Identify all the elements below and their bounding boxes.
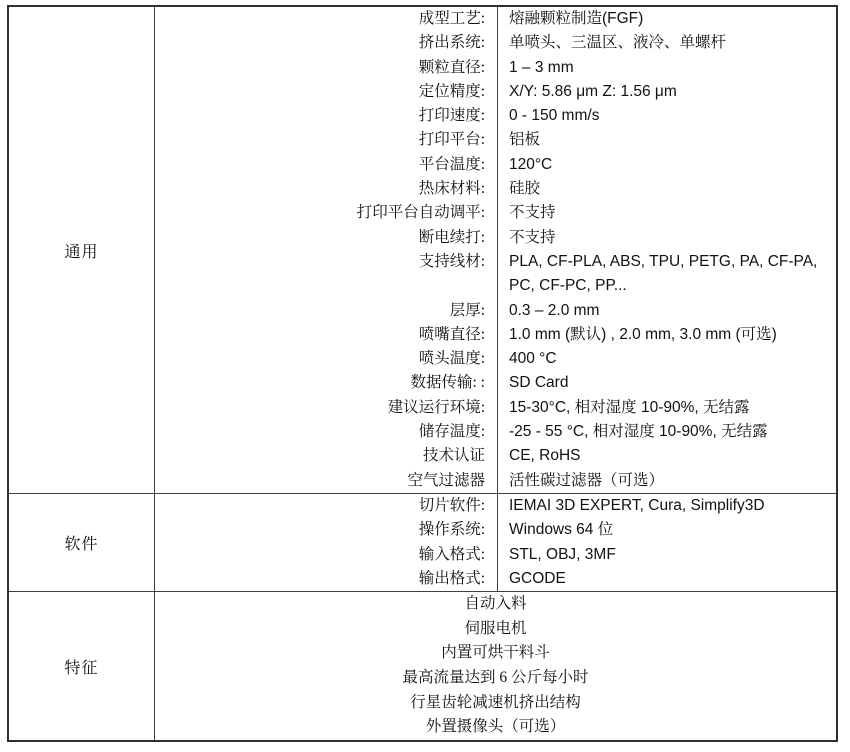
feature-drying-hopper: 内置可烘干料斗 [155,641,836,666]
general-rows: 成型工艺: 熔融颗粒制造(FGF) 挤出系统: 单喷头、三温区、液冷、单螺杆 颗… [155,7,836,493]
spec-label: 挤出系统: [155,31,498,55]
spec-label: 支持线材: [155,250,498,299]
spec-value: IEMAI 3D EXPERT, Cura, Simplify3D [498,494,836,518]
spec-row-extrusion-system: 挤出系统: 单喷头、三温区、液冷、单螺杆 [155,31,836,55]
spec-value: Windows 64 位 [498,518,836,542]
spec-value: 不支持 [498,226,836,250]
spec-label: 切片软件: [155,494,498,518]
spec-value: X/Y: 5.86 μm Z: 1.56 μm [498,80,836,104]
spec-label: 打印平台: [155,128,498,152]
spec-value: 活性碳过滤器（可选） [498,469,836,493]
spec-value: GCODE [498,567,836,591]
spec-label: 平台温度: [155,153,498,177]
spec-row-slicing-software: 切片软件: IEMAI 3D EXPERT, Cura, Simplify3D [155,494,836,518]
spec-label: 操作系统: [155,518,498,542]
spec-label: 输出格式: [155,567,498,591]
spec-label: 定位精度: [155,80,498,104]
spec-label: 空气过滤器 [155,469,498,493]
spec-value: 1 – 3 mm [498,56,836,80]
spec-label: 喷嘴直径: [155,323,498,347]
spec-value: STL, OBJ, 3MF [498,543,836,567]
feature-external-camera: 外置摄像头（可选） [155,715,836,740]
section-features: 特征 自动入料 伺服电机 内置可烘干料斗 最高流量达到 6 公斤每小时 行星齿轮… [9,592,836,740]
spec-label: 储存温度: [155,420,498,444]
spec-label: 层厚: [155,299,498,323]
spec-value: 1.0 mm (默认) , 2.0 mm, 3.0 mm (可选) [498,323,836,347]
spec-label: 技术认证 [155,444,498,468]
spec-value: 120°C [498,153,836,177]
spec-label: 打印速度: [155,104,498,128]
spec-value: 0 - 150 mm/s [498,104,836,128]
spec-row-power-loss-recovery: 断电续打: 不支持 [155,226,836,250]
spec-row-heatbed-material: 热床材料: 硅胶 [155,177,836,201]
spec-row-output-format: 输出格式: GCODE [155,567,836,591]
software-rows: 切片软件: IEMAI 3D EXPERT, Cura, Simplify3D … [155,494,836,591]
spec-row-auto-leveling: 打印平台自动调平: 不支持 [155,201,836,225]
spec-row-supported-filaments: 支持线材: PLA, CF-PLA, ABS, TPU, PETG, PA, C… [155,250,836,299]
feature-max-flow-rate: 最高流量达到 6 公斤每小时 [155,666,836,691]
spec-label: 建议运行环境: [155,396,498,420]
spec-value: 熔融颗粒制造(FGF) [498,7,836,31]
section-general: 通用 成型工艺: 熔融颗粒制造(FGF) 挤出系统: 单喷头、三温区、液冷、单螺… [9,7,836,494]
spec-row-data-transfer: 数据传输: : SD Card [155,371,836,395]
spec-label: 成型工艺: [155,7,498,31]
spec-value: 硅胶 [498,177,836,201]
spec-label: 数据传输: : [155,371,498,395]
spec-row-nozzle-diameter: 喷嘴直径: 1.0 mm (默认) , 2.0 mm, 3.0 mm (可选) [155,323,836,347]
spec-row-print-platform: 打印平台: 铝板 [155,128,836,152]
spec-value: 铝板 [498,128,836,152]
spec-row-air-filter: 空气过滤器 活性碳过滤器（可选） [155,469,836,493]
spec-row-certifications: 技术认证 CE, RoHS [155,444,836,468]
spec-row-pellet-diameter: 颗粒直径: 1 – 3 mm [155,56,836,80]
spec-row-layer-thickness: 层厚: 0.3 – 2.0 mm [155,299,836,323]
spec-label: 热床材料: [155,177,498,201]
spec-value: 400 °C [498,347,836,371]
spec-value: 15-30°C, 相对湿度 10-90%, 无结露 [498,396,836,420]
spec-row-input-format: 输入格式: STL, OBJ, 3MF [155,543,836,567]
spec-label: 断电续打: [155,226,498,250]
spec-value: -25 - 55 °C, 相对湿度 10-90%, 无结露 [498,420,836,444]
spec-label: 打印平台自动调平: [155,201,498,225]
spec-value: PLA, CF-PLA, ABS, TPU, PETG, PA, CF-PA, … [498,250,836,299]
spec-value: SD Card [498,371,836,395]
spec-row-print-speed: 打印速度: 0 - 150 mm/s [155,104,836,128]
spec-label: 输入格式: [155,543,498,567]
spec-label: 颗粒直径: [155,56,498,80]
features-cell: 自动入料 伺服电机 内置可烘干料斗 最高流量达到 6 公斤每小时 行星齿轮减速机… [155,592,836,740]
spec-row-operating-system: 操作系统: Windows 64 位 [155,518,836,542]
spec-value: 不支持 [498,201,836,225]
spec-row-storage-temperature: 储存温度: -25 - 55 °C, 相对湿度 10-90%, 无结露 [155,420,836,444]
spec-label: 喷头温度: [155,347,498,371]
section-software: 软件 切片软件: IEMAI 3D EXPERT, Cura, Simplify… [9,494,836,592]
spec-value: 0.3 – 2.0 mm [498,299,836,323]
feature-auto-feeding: 自动入料 [155,592,836,617]
spec-row-molding-process: 成型工艺: 熔融颗粒制造(FGF) [155,7,836,31]
category-cell-general: 通用 [9,7,155,493]
feature-servo-motor: 伺服电机 [155,617,836,642]
spec-row-operating-environment: 建议运行环境: 15-30°C, 相对湿度 10-90%, 无结露 [155,396,836,420]
feature-planetary-gear-extruder: 行星齿轮减速机挤出结构 [155,691,836,716]
spec-row-positioning-accuracy: 定位精度: X/Y: 5.86 μm Z: 1.56 μm [155,80,836,104]
spec-value: 单喷头、三温区、液冷、单螺杆 [498,31,836,55]
spec-row-nozzle-temperature: 喷头温度: 400 °C [155,347,836,371]
spec-value: CE, RoHS [498,444,836,468]
category-cell-software: 软件 [9,494,155,591]
spec-table: 通用 成型工艺: 熔融颗粒制造(FGF) 挤出系统: 单喷头、三温区、液冷、单螺… [7,5,838,742]
category-cell-features: 特征 [9,592,155,740]
spec-row-platform-temperature: 平台温度: 120°C [155,153,836,177]
page: 通用 成型工艺: 熔融颗粒制造(FGF) 挤出系统: 单喷头、三温区、液冷、单螺… [0,0,850,752]
